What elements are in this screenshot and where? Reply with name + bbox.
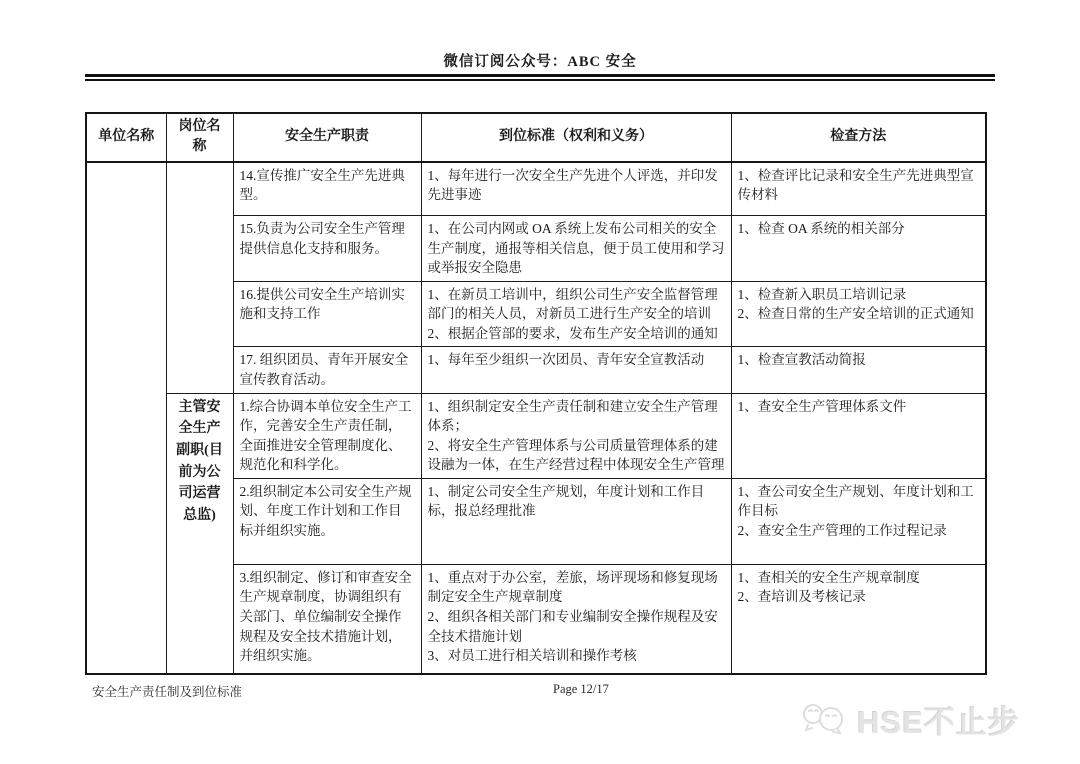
table-row: 14.宣传推广安全生产先进典型。 1、每年进行一次安全生产先进个人评选，并印发先…: [86, 162, 986, 216]
check-method-cell: 1、检查宣教活动简报: [731, 347, 986, 393]
check-method-cell: 1、检查评比记录和安全生产先进典型宣传材料: [731, 162, 986, 216]
footer-document-title: 安全生产责任制及到位标准: [92, 682, 242, 700]
document-page: 微信订阅公众号：ABC 安全 单位名称 岗位名称 安全生产职责 到位标准（权利和…: [0, 0, 1080, 764]
duty-cell: 3.组织制定、修订和审查安全生产规章制度，协调组织有关部门、单位编制安全操作规程…: [233, 564, 421, 674]
table-header-row: 单位名称 岗位名称 安全生产职责 到位标准（权利和义务） 检查方法: [86, 113, 986, 162]
duty-cell: 14.宣传推广安全生产先进典型。: [233, 162, 421, 216]
column-header-duty: 安全生产职责: [233, 113, 421, 162]
column-header-standard: 到位标准（权利和义务）: [421, 113, 731, 162]
standard-cell: 1、每年至少组织一次团员、青年安全宣教活动: [421, 347, 731, 393]
unit-name-cell: [86, 162, 166, 675]
column-header-check-method: 检查方法: [731, 113, 986, 162]
header-rule-thick: [85, 74, 995, 77]
table-row: 主管安全生产副职(目前为公司运营总监) 1.综合协调本单位安全生产工作，完善安全…: [86, 393, 986, 478]
header-rule-thin: [85, 79, 995, 81]
check-method-cell: 1、查安全生产管理体系文件: [731, 393, 986, 478]
duty-cell: 17. 组织团员、青年开展安全宣传教育活动。: [233, 347, 421, 393]
duty-cell: 1.综合协调本单位安全生产工作，完善安全生产责任制，全面推进安全管理制度化、规范…: [233, 393, 421, 478]
position-name-cell: 主管安全生产副职(目前为公司运营总监): [166, 393, 233, 674]
duty-cell: 15.负责为公司安全生产管理提供信息化支持和服务。: [233, 216, 421, 282]
standard-cell: 1、在新员工培训中，组织公司生产安全监督管理部门的相关人员，对新员工进行生产安全…: [421, 281, 731, 347]
check-method-cell: 1、检查 OA 系统的相关部分: [731, 216, 986, 282]
standard-cell: 1、在公司内网或 OA 系统上发布公司相关的安全生产制度，通报等相关信息，便于员…: [421, 216, 731, 282]
watermark: HSE不止步: [799, 697, 1020, 742]
footer-page-number: Page 12/17: [553, 682, 609, 697]
column-header-unit-name: 单位名称: [86, 113, 166, 162]
masthead-title: 微信订阅公众号：ABC 安全: [0, 50, 1080, 71]
column-header-position-name: 岗位名称: [166, 113, 233, 162]
responsibility-table: 单位名称 岗位名称 安全生产职责 到位标准（权利和义务） 检查方法 14.宣传推…: [85, 112, 987, 675]
duty-cell: 16.提供公司安全生产培训实施和支持工作: [233, 281, 421, 347]
hse-chick-faces-icon: [799, 697, 851, 742]
check-method-cell: 1、查相关的安全生产规章制度 2、查培训及考核记录: [731, 564, 986, 674]
standard-cell: 1、制定公司安全生产规划，年度计划和工作目标，报总经理批准: [421, 478, 731, 564]
standard-cell: 1、每年进行一次安全生产先进个人评选，并印发先进事迹: [421, 162, 731, 216]
check-method-cell: 1、检查新入职员工培训记录 2、检查日常的生产安全培训的正式通知: [731, 281, 986, 347]
duty-cell: 2.组织制定本公司安全生产规划、年度工作计划和工作目标并组织实施。: [233, 478, 421, 564]
position-name-empty-cell: [166, 162, 233, 394]
standard-cell: 1、重点对于办公室，差旅，场评现场和修复现场制定安全生产规章制度 2、组织各相关…: [421, 564, 731, 674]
watermark-text: HSE不止步: [857, 697, 1020, 742]
standard-cell: 1、组织制定安全生产责任制和建立安全生产管理体系； 2、将安全生产管理体系与公司…: [421, 393, 731, 478]
check-method-cell: 1、查公司安全生产规划、年度计划和工作目标 2、查安全生产管理的工作过程记录: [731, 478, 986, 564]
